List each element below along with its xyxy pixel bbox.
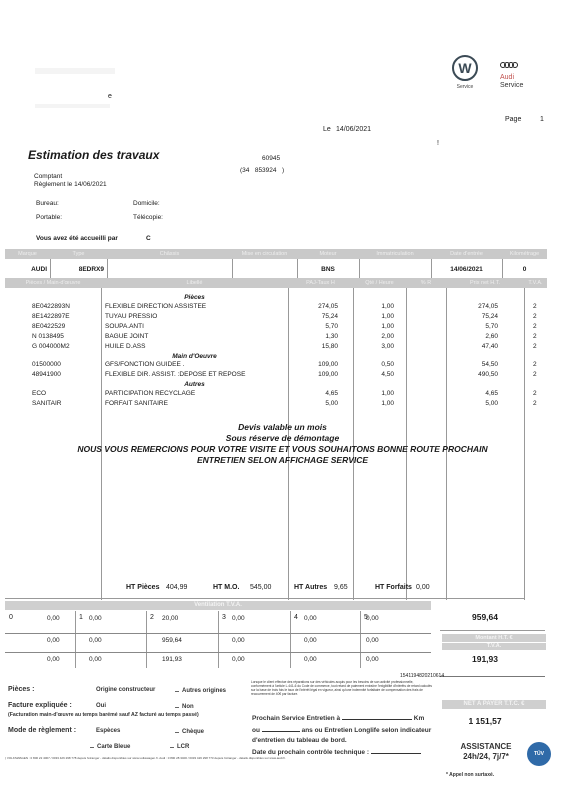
- item-vat: 2: [533, 400, 537, 407]
- item-net: 2,60: [446, 333, 498, 340]
- mark: !: [437, 140, 439, 147]
- item-vat: 2: [533, 390, 537, 397]
- vw-icon: W: [452, 55, 478, 81]
- document-number: 60945: [262, 155, 280, 162]
- facture-note: (Facturation main-d'œuvre au temps barém…: [8, 712, 199, 718]
- vat-amount: 0,00: [89, 656, 102, 663]
- vehicle-header-2: Châssis: [107, 249, 232, 259]
- section-title: Main d'Oeuvre: [101, 353, 288, 360]
- vat-rate: 0,00: [47, 615, 60, 622]
- vehicle-value-7: 0: [502, 266, 547, 273]
- vat-code: 3: [222, 614, 226, 621]
- tuv-badge-icon: TÜV: [527, 742, 551, 766]
- legal-text: Lorsque le client effectue des réparatio…: [251, 680, 433, 696]
- vat-amount: 0,00: [232, 656, 245, 663]
- item-label: BAGUE JOINT: [105, 333, 148, 340]
- date-value: 14/06/2021: [336, 126, 371, 133]
- ht-forfaits-value: 0,00: [416, 584, 430, 591]
- payment-mode: Comptant: [34, 173, 62, 180]
- item-label: FORFAIT SANITAIRE: [105, 400, 168, 407]
- payment-option-lcr-label: LCR: [177, 744, 189, 750]
- vat-base: 959,64: [162, 637, 182, 644]
- items-header-6: T.V.A.: [524, 278, 547, 288]
- item-ref: 8E0422893N: [32, 303, 70, 310]
- next-service-line1: Prochain Service Entretien à Km: [252, 715, 424, 722]
- payment-option-cash[interactable]: Espèces: [96, 728, 120, 734]
- pieces-option-oem-label: Origine constructeur: [96, 687, 155, 693]
- payment-option-cheque[interactable]: Chèque: [175, 728, 204, 735]
- item-price: 1,30: [288, 333, 338, 340]
- item-price: 109,00: [288, 361, 338, 368]
- vehicle-value-0: AUDI: [5, 266, 50, 273]
- vehicle-header-6: Date d'entrée: [431, 249, 502, 259]
- item-qty: 3,00: [353, 343, 394, 350]
- payment-option-lcr[interactable]: LCR: [170, 743, 189, 750]
- facture-option-non[interactable]: Non: [175, 703, 194, 710]
- item-label: FLEXIBLE DIR. ASSIST. :DEPOSE ET REPOSE: [105, 371, 245, 378]
- address-fragment: e: [108, 93, 112, 100]
- vehicle-header-5: Immatriculation: [359, 249, 431, 259]
- item-label: HUILE D.ASS: [105, 343, 145, 350]
- vat-rate: 20,00: [162, 615, 178, 622]
- vw-service-label: Service: [452, 84, 478, 90]
- vehicle-value-1: 8EDRX9: [50, 266, 107, 273]
- vehicle-header-4: Moteur: [297, 249, 359, 259]
- pieces-option-label: Pièces :: [8, 686, 34, 693]
- redacted-address: [35, 104, 110, 108]
- items-header-1: Libellé: [101, 278, 288, 288]
- ht-pieces-value: 404,99: [166, 584, 187, 591]
- ht-mo-label: HT M.O.: [213, 584, 239, 591]
- total-tva-label: T.V.A.: [442, 643, 546, 650]
- next-inspection: Date du prochain contrôle technique :: [252, 749, 421, 756]
- next-service-km-field[interactable]: [342, 719, 412, 720]
- next-inspection-field[interactable]: [371, 753, 421, 754]
- items-header-2: PAJ-Taux H: [288, 278, 353, 288]
- item-qty: 0,50: [353, 361, 394, 368]
- section-title: Pièces: [101, 294, 288, 301]
- audi-rings-icon: [500, 62, 523, 68]
- ht-autres-value: 9,65: [334, 584, 348, 591]
- page-number: 1: [540, 116, 544, 123]
- assistance-box: ASSISTANCE 24h/24, 7j/7*: [446, 742, 526, 762]
- payment-date: Règlement le 14/06/2021: [34, 181, 107, 188]
- item-label: FLEXIBLE DIRECTION ASSISTEE: [105, 303, 206, 310]
- client-ref-value: 853924: [255, 167, 277, 174]
- payment-option-card-label: Carte Bleue: [97, 744, 130, 750]
- item-price: 109,00: [288, 371, 338, 378]
- vat-rate: 0,00: [89, 615, 102, 622]
- assistance-note: * Appel non surtaxé.: [446, 772, 494, 778]
- vehicle-value-6: 14/06/2021: [431, 266, 502, 273]
- item-vat: 2: [533, 333, 537, 340]
- welcomed-by-label: Vous avez été accueilli par: [36, 235, 118, 242]
- ht-pieces-label: HT Pièces: [126, 584, 159, 591]
- vw-logo: W Service: [452, 55, 478, 90]
- ht-autres-label: HT Autres: [294, 584, 327, 591]
- pieces-option-oem[interactable]: Origine constructeur: [96, 687, 155, 693]
- item-net: 490,50: [446, 371, 498, 378]
- next-service-label: Prochain Service Entretien à: [252, 715, 340, 722]
- item-ref: 8E1422897E: [32, 313, 70, 320]
- client-ref: (34 853924 ): [240, 167, 284, 174]
- date-label: Le: [323, 126, 331, 133]
- item-qty: 1,00: [353, 313, 394, 320]
- item-price: 15,80: [288, 343, 338, 350]
- item-net: 75,24: [446, 313, 498, 320]
- telecopie-label: Télécopie:: [133, 214, 163, 221]
- vat-rate: 0,00: [232, 615, 245, 622]
- welcomed-by-value: C: [146, 235, 151, 242]
- audi-logo: Audi Service: [500, 62, 523, 90]
- pieces-option-other-label: Autres origines: [182, 688, 226, 694]
- vat-code: 0: [9, 614, 13, 621]
- vehicle-header-3: Mise en circulation: [232, 249, 297, 259]
- client-ref-open: (34: [240, 167, 249, 174]
- vat-base: 0,00: [47, 637, 60, 644]
- checkbox-icon: [175, 703, 179, 708]
- facture-option-non-label: Non: [182, 704, 194, 710]
- item-price: 274,05: [288, 303, 338, 310]
- next-service-years-field[interactable]: [262, 731, 300, 732]
- note-line: ENTRETIEN SELON AFFICHAGE SERVICE: [0, 455, 565, 465]
- vat-base: 0,00: [89, 637, 102, 644]
- redacted-dealer-name: [35, 68, 115, 74]
- item-ref: 48941900: [32, 371, 61, 378]
- vehicle-header-0: Marque: [5, 249, 50, 259]
- total-tva-value: 191,93: [440, 654, 530, 664]
- vat-base: 0,00: [232, 637, 245, 644]
- item-qty: 1,00: [353, 303, 394, 310]
- item-qty: 1,00: [353, 323, 394, 330]
- section-title: Autres: [101, 381, 288, 388]
- vat-base: 0,00: [304, 637, 317, 644]
- note-line: Sous réserve de démontage: [0, 433, 565, 443]
- item-net: 54,50: [446, 361, 498, 368]
- items-header-4: % R: [406, 278, 446, 288]
- items-header-0: Pièces / Main-d'œuvre: [5, 278, 101, 288]
- item-label: TUYAU PRESSIO: [105, 313, 157, 320]
- item-price: 75,24: [288, 313, 338, 320]
- item-net: 5,70: [446, 323, 498, 330]
- vat-amount: 191,93: [162, 656, 182, 663]
- bureau-label: Bureau:: [36, 200, 59, 207]
- item-price: 5,00: [288, 400, 338, 407]
- payment-option-cheque-label: Chèque: [182, 729, 204, 735]
- next-service-line2: ou ans ou Entretien Longlife selon indic…: [252, 727, 431, 734]
- checkbox-icon: [175, 728, 179, 733]
- item-label: GFS/FONCTION GUIDEE .: [105, 361, 184, 368]
- item-net: 47,40: [446, 343, 498, 350]
- vat-amount: 0,00: [47, 656, 60, 663]
- vat-rate: 0,00: [366, 615, 379, 622]
- total-ht-value: 959,64: [440, 612, 530, 622]
- item-price: 4,65: [288, 390, 338, 397]
- item-net: 5,00: [446, 400, 498, 407]
- next-service-or: ou: [252, 727, 260, 734]
- checkbox-icon: [175, 687, 179, 692]
- vehicle-value-4: BNS: [297, 266, 359, 273]
- client-ref-close: ): [282, 167, 284, 174]
- payment-option-card[interactable]: Carte Bleue: [90, 743, 130, 750]
- item-qty: 2,00: [353, 333, 394, 340]
- item-ref: G 004000M2: [32, 343, 70, 350]
- facture-label: Facture expliquée :: [8, 702, 72, 709]
- item-vat: 2: [533, 343, 537, 350]
- next-service-km-label: Km: [414, 715, 424, 722]
- net-to-pay-label: NET A PAYER T.T.C. €: [442, 700, 546, 709]
- pieces-option-other[interactable]: Autres origines: [175, 687, 226, 694]
- net-to-pay-value: 1 151,57: [440, 716, 530, 726]
- item-ref: N 0138495: [32, 333, 64, 340]
- checkbox-icon: [170, 743, 174, 748]
- item-vat: 2: [533, 361, 537, 368]
- next-service-longlife: ans ou Entretien Longlife selon indicate…: [302, 727, 432, 734]
- vat-breakdown-title: Ventilation T.V.A.: [5, 601, 431, 610]
- item-vat: 2: [533, 303, 537, 310]
- vat-amount: 0,00: [304, 656, 317, 663]
- vat-code: 1: [79, 614, 83, 621]
- items-header-3: Qté / Heure: [353, 278, 406, 288]
- item-qty: 1,00: [353, 390, 394, 397]
- checkbox-icon: [90, 743, 94, 748]
- vat-amount: 0,00: [366, 656, 379, 663]
- ht-mo-value: 545,00: [250, 584, 271, 591]
- item-ref: SANITAIR: [32, 400, 62, 407]
- item-price: 5,70: [288, 323, 338, 330]
- item-label: SOUPA.ANTI: [105, 323, 144, 330]
- item-ref: ECO: [32, 390, 46, 397]
- page-label: Page: [505, 116, 521, 123]
- facture-option-oui[interactable]: Oui: [96, 703, 106, 709]
- note-line: NOUS VOUS REMERCIONS POUR VOTRE VISITE E…: [0, 444, 565, 454]
- item-vat: 2: [533, 313, 537, 320]
- domicile-label: Domicile:: [133, 200, 160, 207]
- item-net: 274,05: [446, 303, 498, 310]
- item-qty: 4,50: [353, 371, 394, 378]
- total-ht-label: Montant H.T. €: [442, 634, 546, 642]
- item-ref: 8E0422529: [32, 323, 65, 330]
- ht-forfaits-label: HT Forfaits: [375, 584, 412, 591]
- next-inspection-label: Date du prochain contrôle technique :: [252, 749, 369, 756]
- footer-text: ( VOLKSWAGEN : 0 800 22 4007 / 0033 426 …: [5, 756, 345, 760]
- document-title: Estimation des travaux: [28, 148, 159, 162]
- item-label: PARTICIPATION RECYCLAGE: [105, 390, 195, 397]
- vat-base: 0,00: [366, 637, 379, 644]
- assistance-hours: 24h/24, 7j/7*: [446, 752, 526, 762]
- vehicle-header-1: Type: [50, 249, 107, 259]
- vat-code: 4: [294, 614, 298, 621]
- item-net: 4,65: [446, 390, 498, 397]
- vat-code: 2: [150, 614, 154, 621]
- audi-brand: Audi: [500, 74, 523, 82]
- item-vat: 2: [533, 371, 537, 378]
- payment-mode-label: Mode de règlement :: [8, 727, 76, 734]
- note-line: Devis valable un mois: [0, 422, 565, 432]
- item-ref: 01500000: [32, 361, 61, 368]
- legal-code: 1541194820210614: [400, 673, 444, 679]
- item-vat: 2: [533, 323, 537, 330]
- item-qty: 1,00: [353, 400, 394, 407]
- vehicle-header-7: Kilométrage: [502, 249, 547, 259]
- assistance-title: ASSISTANCE: [446, 742, 526, 752]
- audi-service-label: Service: [500, 82, 523, 90]
- portable-label: Portable:: [36, 214, 62, 221]
- next-service-line3: d'entretien du tableau de bord.: [252, 737, 347, 744]
- vat-rate: 0,00: [304, 615, 317, 622]
- items-header-5: Prix net H.T.: [446, 278, 524, 288]
